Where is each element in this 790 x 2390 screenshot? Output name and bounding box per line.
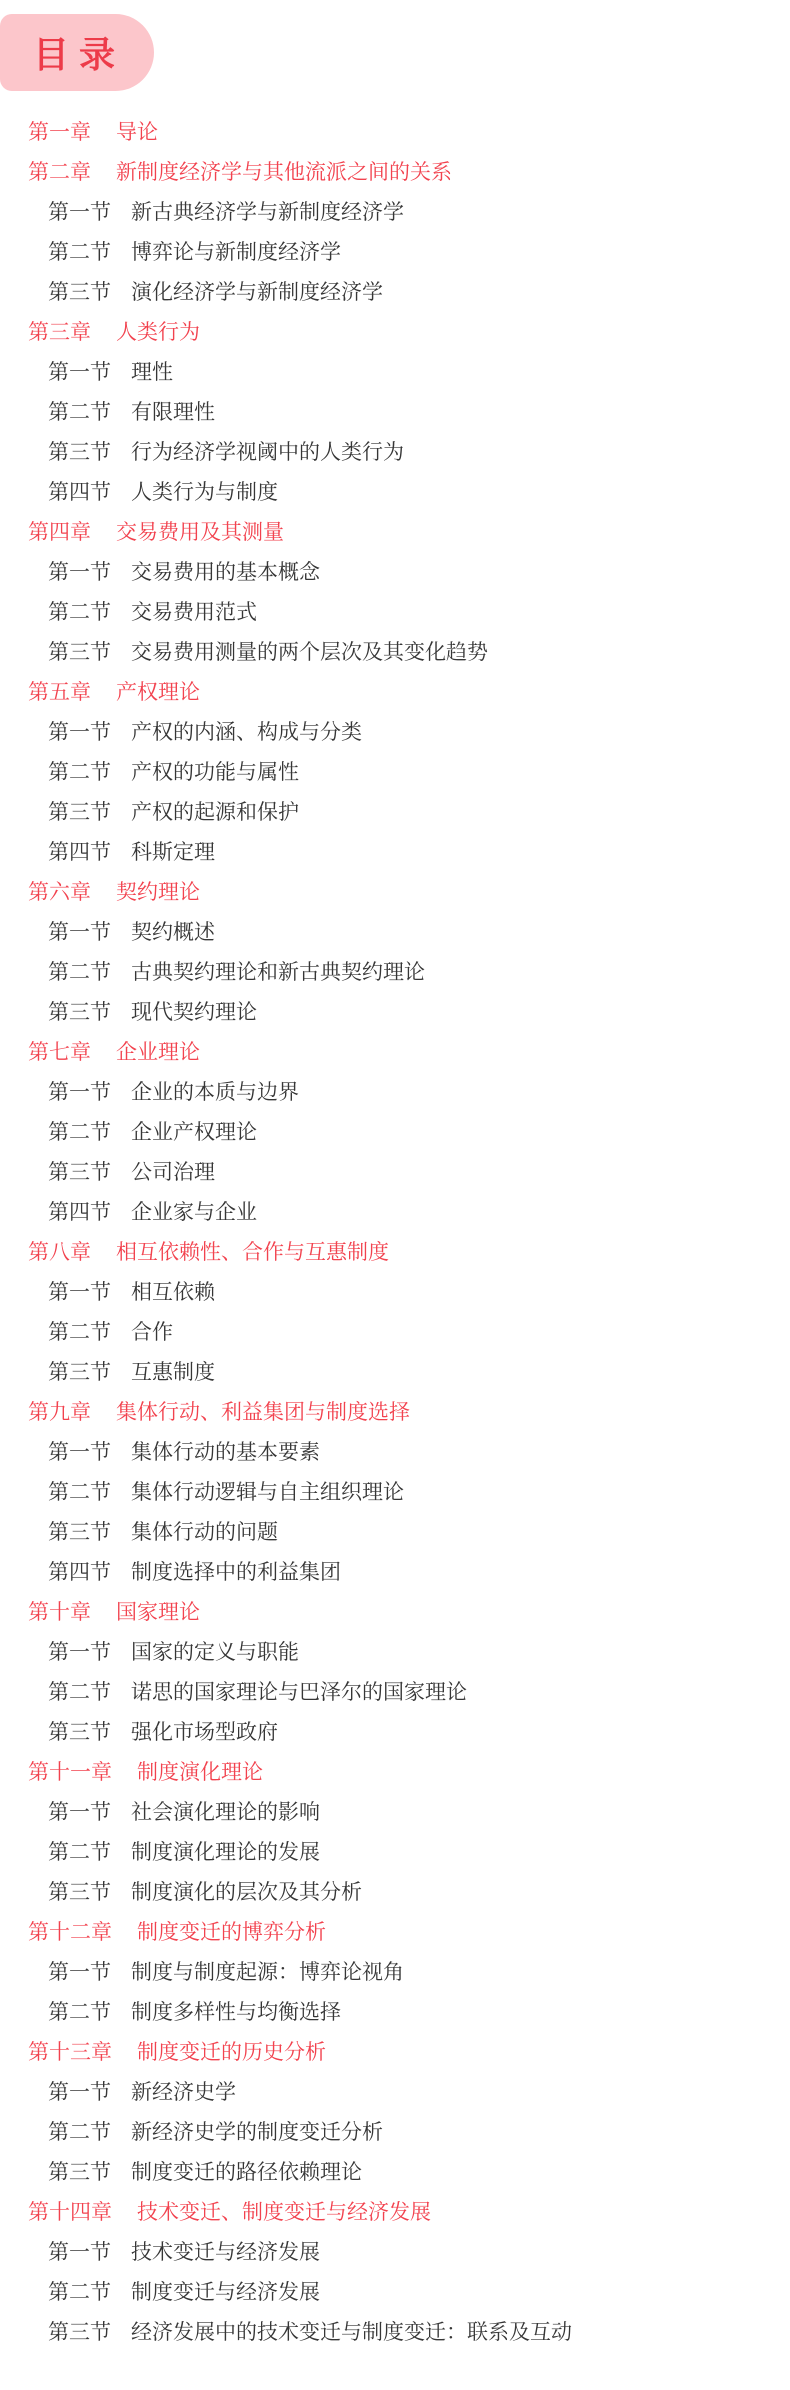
toc-entry-label: 第十四章 — [28, 2193, 112, 2233]
toc-section-row[interactable]: 第三节集体行动的问题 — [0, 1513, 790, 1553]
toc-chapter-row[interactable]: 第九章集体行动、利益集团与制度选择 — [0, 1393, 790, 1433]
page-title: 目 录 — [0, 27, 115, 78]
toc-entry-title: 企业产权理论 — [131, 1113, 257, 1153]
toc-section-row[interactable]: 第一节新古典经济学与新制度经济学 — [0, 193, 790, 233]
toc-header-badge: 目 录 — [0, 14, 154, 91]
toc-entry-title: 新古典经济学与新制度经济学 — [131, 193, 404, 233]
toc-entry-title: 交易费用测量的两个层次及其变化趋势 — [131, 633, 488, 673]
toc-entry-label: 第六章 — [28, 873, 91, 913]
toc-entry-label: 第一节 — [48, 1433, 111, 1473]
toc-section-row[interactable]: 第三节现代契约理论 — [0, 993, 790, 1033]
toc-section-row[interactable]: 第四节科斯定理 — [0, 833, 790, 873]
toc-entry-label: 第一节 — [48, 1073, 111, 1113]
toc-entry-label: 第四节 — [48, 1553, 111, 1593]
toc-entry-title: 科斯定理 — [131, 833, 215, 873]
toc-entry-title: 古典契约理论和新古典契约理论 — [131, 953, 425, 993]
toc-section-row[interactable]: 第二节产权的功能与属性 — [0, 753, 790, 793]
toc-section-row[interactable]: 第一节企业的本质与边界 — [0, 1073, 790, 1113]
toc-entry-title: 新制度经济学与其他流派之间的关系 — [116, 153, 452, 193]
toc-section-row[interactable]: 第二节合作 — [0, 1313, 790, 1353]
toc-entry-title: 人类行为与制度 — [131, 473, 278, 513]
toc-entry-label: 第一节 — [48, 1953, 111, 1993]
toc-entry-label: 第三章 — [28, 313, 91, 353]
toc-entry-title: 制度与制度起源：博弈论视角 — [131, 1953, 404, 1993]
toc-section-row[interactable]: 第一节社会演化理论的影响 — [0, 1793, 790, 1833]
toc-entry-title: 集体行动的基本要素 — [131, 1433, 320, 1473]
toc-chapter-row[interactable]: 第八章相互依赖性、合作与互惠制度 — [0, 1233, 790, 1273]
toc-section-row[interactable]: 第一节技术变迁与经济发展 — [0, 2233, 790, 2273]
toc-entry-label: 第一节 — [48, 1273, 111, 1313]
toc-section-row[interactable]: 第一节集体行动的基本要素 — [0, 1433, 790, 1473]
toc-entry-title: 现代契约理论 — [131, 993, 257, 1033]
toc-section-row[interactable]: 第二节博弈论与新制度经济学 — [0, 233, 790, 273]
toc-entry-title: 相互依赖 — [131, 1273, 215, 1313]
toc-entry-label: 第一节 — [48, 1793, 111, 1833]
toc-entry-title: 制度演化理论的发展 — [131, 1833, 320, 1873]
toc-chapter-row[interactable]: 第二章新制度经济学与其他流派之间的关系 — [0, 153, 790, 193]
toc-section-row[interactable]: 第一节产权的内涵、构成与分类 — [0, 713, 790, 753]
toc-entry-title: 制度多样性与均衡选择 — [131, 1993, 341, 2033]
toc-entry-title: 行为经济学视阈中的人类行为 — [131, 433, 404, 473]
toc-entry-label: 第七章 — [28, 1033, 91, 1073]
toc-entry-title: 交易费用范式 — [131, 593, 257, 633]
toc-entry-title: 制度选择中的利益集团 — [131, 1553, 341, 1593]
toc-entry-title: 国家理论 — [116, 1593, 200, 1633]
toc-entry-title: 契约概述 — [131, 913, 215, 953]
toc-entry-label: 第十章 — [28, 1593, 91, 1633]
toc-entry-title: 经济发展中的技术变迁与制度变迁：联系及互动 — [131, 2313, 572, 2353]
toc-entry-title: 集体行动逻辑与自主组织理论 — [131, 1473, 404, 1513]
toc-entry-title: 演化经济学与新制度经济学 — [131, 273, 383, 313]
toc-chapter-row[interactable]: 第十章国家理论 — [0, 1593, 790, 1633]
toc-entry-label: 第二节 — [48, 953, 111, 993]
toc-entry-label: 第三节 — [48, 793, 111, 833]
toc-entry-label: 第二章 — [28, 153, 91, 193]
toc-entry-label: 第三节 — [48, 433, 111, 473]
toc-entry-label: 第一章 — [28, 113, 91, 153]
toc-section-row[interactable]: 第三节公司治理 — [0, 1153, 790, 1193]
toc-entry-title: 新经济史学 — [131, 2073, 236, 2113]
toc-entry-label: 第二节 — [48, 753, 111, 793]
toc-section-row[interactable]: 第一节理性 — [0, 353, 790, 393]
toc-section-row[interactable]: 第四节人类行为与制度 — [0, 473, 790, 513]
toc-entry-label: 第一节 — [48, 913, 111, 953]
toc-section-row[interactable]: 第二节新经济史学的制度变迁分析 — [0, 2113, 790, 2153]
toc-section-row[interactable]: 第三节互惠制度 — [0, 1353, 790, 1393]
toc-entry-title: 公司治理 — [131, 1153, 215, 1193]
toc-entry-title: 技术变迁与经济发展 — [131, 2233, 320, 2273]
toc-entry-label: 第二节 — [48, 1113, 111, 1153]
toc-entry-label: 第三节 — [48, 993, 111, 1033]
toc-entry-label: 第二节 — [48, 1473, 111, 1513]
toc-entry-title: 相互依赖性、合作与互惠制度 — [116, 1233, 389, 1273]
toc-entry-title: 合作 — [131, 1313, 173, 1353]
toc-entry-title: 理性 — [131, 353, 173, 393]
toc-entry-title: 交易费用的基本概念 — [131, 553, 320, 593]
toc-entry-label: 第十三章 — [28, 2033, 112, 2073]
toc-chapter-row[interactable]: 第一章导论 — [0, 113, 790, 153]
toc-entry-label: 第三节 — [48, 1513, 111, 1553]
toc-entry-title: 企业理论 — [116, 1033, 200, 1073]
toc-entry-label: 第四章 — [28, 513, 91, 553]
toc-entry-label: 第三节 — [48, 1153, 111, 1193]
toc-entry-title: 诺思的国家理论与巴泽尔的国家理论 — [131, 1673, 467, 1713]
toc-entry-title: 社会演化理论的影响 — [131, 1793, 320, 1833]
toc-entry-title: 制度变迁的历史分析 — [137, 2033, 326, 2073]
toc-section-row[interactable]: 第三节行为经济学视阈中的人类行为 — [0, 433, 790, 473]
toc-entry-label: 第二节 — [48, 1833, 111, 1873]
toc-entry-title: 制度演化理论 — [137, 1753, 263, 1793]
toc-section-row[interactable]: 第三节交易费用测量的两个层次及其变化趋势 — [0, 633, 790, 673]
toc-section-row[interactable]: 第三节制度演化的层次及其分析 — [0, 1873, 790, 1913]
toc-entry-label: 第八章 — [28, 1233, 91, 1273]
toc-entry-label: 第三节 — [48, 1873, 111, 1913]
toc-entry-label: 第三节 — [48, 273, 111, 313]
toc-section-row[interactable]: 第一节新经济史学 — [0, 2073, 790, 2113]
toc-entry-title: 互惠制度 — [131, 1353, 215, 1393]
toc-entry-title: 企业家与企业 — [131, 1193, 257, 1233]
toc-section-row[interactable]: 第四节制度选择中的利益集团 — [0, 1553, 790, 1593]
toc-entry-title: 有限理性 — [131, 393, 215, 433]
toc-section-row[interactable]: 第二节古典契约理论和新古典契约理论 — [0, 953, 790, 993]
toc-entry-title: 制度变迁与经济发展 — [131, 2273, 320, 2313]
toc-entry-label: 第四节 — [48, 1193, 111, 1233]
toc-entry-label: 第二节 — [48, 1313, 111, 1353]
toc-section-row[interactable]: 第二节制度多样性与均衡选择 — [0, 1993, 790, 2033]
toc-entry-title: 技术变迁、制度变迁与经济发展 — [137, 2193, 431, 2233]
toc-entry-label: 第二节 — [48, 593, 111, 633]
toc-entry-label: 第九章 — [28, 1393, 91, 1433]
toc-entry-label: 第二节 — [48, 393, 111, 433]
toc-entry-title: 强化市场型政府 — [131, 1713, 278, 1753]
toc-entry-title: 企业的本质与边界 — [131, 1073, 299, 1113]
toc-entry-title: 新经济史学的制度变迁分析 — [131, 2113, 383, 2153]
toc-chapter-row[interactable]: 第十一章制度演化理论 — [0, 1753, 790, 1793]
toc-chapter-row[interactable]: 第五章产权理论 — [0, 673, 790, 713]
toc-section-row[interactable]: 第一节契约概述 — [0, 913, 790, 953]
toc-entry-title: 国家的定义与职能 — [131, 1633, 299, 1673]
toc-entry-label: 第四节 — [48, 473, 111, 513]
toc-entry-title: 产权的起源和保护 — [131, 793, 299, 833]
toc-entry-label: 第二节 — [48, 233, 111, 273]
toc-entry-label: 第一节 — [48, 1633, 111, 1673]
toc-entry-title: 导论 — [116, 113, 158, 153]
toc-entry-label: 第四节 — [48, 833, 111, 873]
toc-section-row[interactable]: 第三节强化市场型政府 — [0, 1713, 790, 1753]
toc-entry-title: 制度变迁的博弈分析 — [137, 1913, 326, 1953]
toc-entry-label: 第二节 — [48, 2113, 111, 2153]
toc-entry-label: 第三节 — [48, 1713, 111, 1753]
toc-section-row[interactable]: 第二节诺思的国家理论与巴泽尔的国家理论 — [0, 1673, 790, 1713]
toc-chapter-row[interactable]: 第三章人类行为 — [0, 313, 790, 353]
toc-entry-title: 集体行动、利益集团与制度选择 — [116, 1393, 410, 1433]
toc-entry-label: 第二节 — [48, 2273, 111, 2313]
toc-entry-label: 第一节 — [48, 553, 111, 593]
toc-section-row[interactable]: 第三节演化经济学与新制度经济学 — [0, 273, 790, 313]
toc-chapter-row[interactable]: 第七章企业理论 — [0, 1033, 790, 1073]
toc-entry-label: 第十一章 — [28, 1753, 112, 1793]
toc-entry-label: 第二节 — [48, 1673, 111, 1713]
toc-section-row[interactable]: 第三节经济发展中的技术变迁与制度变迁：联系及互动 — [0, 2313, 790, 2353]
toc-chapter-row[interactable]: 第十二章制度变迁的博弈分析 — [0, 1913, 790, 1953]
toc-entry-title: 契约理论 — [116, 873, 200, 913]
toc-entry-title: 博弈论与新制度经济学 — [131, 233, 341, 273]
toc-entry-label: 第三节 — [48, 2313, 111, 2353]
toc-entry-title: 集体行动的问题 — [131, 1513, 278, 1553]
toc-section-row[interactable]: 第一节国家的定义与职能 — [0, 1633, 790, 1673]
toc-entry-label: 第一节 — [48, 2233, 111, 2273]
toc-section-row[interactable]: 第二节制度演化理论的发展 — [0, 1833, 790, 1873]
toc-chapter-row[interactable]: 第十四章技术变迁、制度变迁与经济发展 — [0, 2193, 790, 2233]
toc-entry-label: 第十二章 — [28, 1913, 112, 1953]
toc-section-row[interactable]: 第二节集体行动逻辑与自主组织理论 — [0, 1473, 790, 1513]
toc-list: 第一章导论第二章新制度经济学与其他流派之间的关系第一节新古典经济学与新制度经济学… — [0, 113, 790, 2353]
toc-entry-title: 交易费用及其测量 — [116, 513, 284, 553]
toc-entry-label: 第三节 — [48, 2153, 111, 2193]
toc-section-row[interactable]: 第二节企业产权理论 — [0, 1113, 790, 1153]
toc-entry-label: 第三节 — [48, 1353, 111, 1393]
toc-entry-label: 第三节 — [48, 633, 111, 673]
toc-section-row[interactable]: 第三节产权的起源和保护 — [0, 793, 790, 833]
toc-entry-label: 第一节 — [48, 193, 111, 233]
toc-entry-title: 产权理论 — [116, 673, 200, 713]
toc-section-row[interactable]: 第四节企业家与企业 — [0, 1193, 790, 1233]
toc-entry-title: 制度演化的层次及其分析 — [131, 1873, 362, 1913]
toc-chapter-row[interactable]: 第十三章制度变迁的历史分析 — [0, 2033, 790, 2073]
toc-entry-label: 第五章 — [28, 673, 91, 713]
toc-section-row[interactable]: 第二节交易费用范式 — [0, 593, 790, 633]
toc-chapter-row[interactable]: 第四章交易费用及其测量 — [0, 513, 790, 553]
toc-entry-label: 第一节 — [48, 713, 111, 753]
toc-section-row[interactable]: 第一节制度与制度起源：博弈论视角 — [0, 1953, 790, 1993]
toc-entry-title: 产权的功能与属性 — [131, 753, 299, 793]
toc-entry-label: 第一节 — [48, 353, 111, 393]
toc-section-row[interactable]: 第三节制度变迁的路径依赖理论 — [0, 2153, 790, 2193]
toc-entry-title: 人类行为 — [116, 313, 200, 353]
toc-entry-title: 制度变迁的路径依赖理论 — [131, 2153, 362, 2193]
toc-entry-title: 产权的内涵、构成与分类 — [131, 713, 362, 753]
toc-section-row[interactable]: 第一节相互依赖 — [0, 1273, 790, 1313]
toc-entry-label: 第一节 — [48, 2073, 111, 2113]
toc-section-row[interactable]: 第二节有限理性 — [0, 393, 790, 433]
toc-chapter-row[interactable]: 第六章契约理论 — [0, 873, 790, 913]
toc-entry-label: 第二节 — [48, 1993, 111, 2033]
toc-section-row[interactable]: 第二节制度变迁与经济发展 — [0, 2273, 790, 2313]
toc-section-row[interactable]: 第一节交易费用的基本概念 — [0, 553, 790, 593]
